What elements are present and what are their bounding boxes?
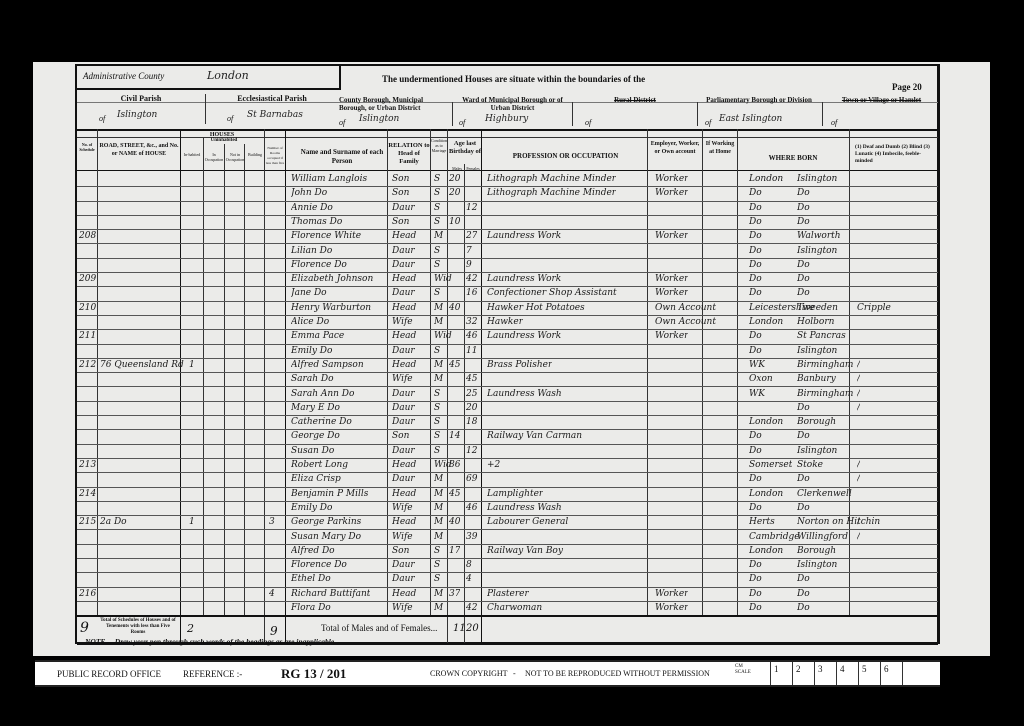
relation-to-head: Daur [392,286,415,300]
table-row: Susan DoDaurS12DoIslington [77,444,938,459]
schedule-number: 216 [79,587,96,601]
scale-mark-1: 1 [770,662,792,685]
table-row: Eliza CrispDaurM69DoDo/ [77,472,938,487]
col-header-working-home: If Working at Home [703,140,737,156]
marital-condition: S [434,429,440,443]
marital-condition: S [434,387,440,401]
table-row: Lilian DoDaurS7DoIslington [77,244,938,259]
birth-county: Cambridge [749,530,800,544]
reference-label: REFERENCE :- [183,669,242,679]
marital-condition: M [434,501,443,515]
table-row: Emily DoWifeM46Laundress WashDoDo [77,501,938,516]
birth-place: Do [797,572,810,586]
occupation: Laundress Work [487,272,561,286]
table-row: Emily DoDaurS11DoIslington [77,344,938,359]
relation-to-head: Daur [392,558,415,572]
occupation: Lithograph Machine Minder [487,186,616,200]
schedule-number: 210 [79,301,96,315]
relation-to-head: Son [392,429,409,443]
birth-place: St Pancras [797,329,846,343]
birth-county: Do [749,444,762,458]
civil-parish-value: Islington [117,110,157,120]
birth-county: Do [749,229,762,243]
birth-place: Clerkenwell [797,487,852,501]
age-female: 39 [466,530,477,544]
relation-to-head: Head [392,329,416,343]
age-female: 12 [466,444,477,458]
rural-district: Rural District of [575,96,695,130]
employment-status: Own Account [655,315,716,329]
ward-value: Highbury [485,114,528,124]
age-male: 17 [449,544,460,558]
marital-condition: M [434,601,443,615]
table-row: 209Elizabeth JohnsonHeadWid42Laundress W… [77,272,938,287]
birth-place: Do [797,429,810,443]
occupation: Hawker [487,315,523,329]
person-name: Flora Do [291,601,331,615]
birth-county: Do [749,472,762,486]
marital-condition: S [434,172,440,186]
county-borough: County Borough, Municipal Borough, or Ur… [339,96,449,130]
person-name: Lilian Do [291,244,332,258]
birth-county: Do [749,244,762,258]
occupation: Plasterer [487,587,529,601]
table-row: Sarah DoWifeM45OxonBanbury/ [77,372,938,387]
person-name: Robert Long [291,458,348,472]
marital-condition: M [434,530,443,544]
birth-county: London [749,315,783,329]
person-name: Alice Do [291,315,329,329]
admin-county-value: London [207,69,249,82]
age-male: 20 [449,172,460,186]
col-header-infirmity: (1) Deaf and Dumb (2) Blind (3) Lunatic … [855,144,933,165]
person-name: Emily Do [291,501,332,515]
birth-place: Stoke [797,458,823,472]
marital-condition: S [434,244,440,258]
relation-to-head: Daur [392,472,415,486]
person-name: Elizabeth Johnson [291,272,373,286]
schedule-number: 208 [79,229,96,243]
person-name: Benjamin P Mills [291,487,368,501]
col-header-employer: Employer, Worker, or Own account [649,140,701,156]
infirmity: / [857,387,860,401]
birth-county: Do [749,572,762,586]
employment-status: Worker [655,229,688,243]
birth-county: Do [749,201,762,215]
birth-county: Do [749,215,762,229]
occupation: Laundress Wash [487,501,562,515]
admin-county-box: Administrative County London [77,66,341,90]
page-number: Page 20 [892,82,922,92]
employment-status: Worker [655,286,688,300]
age-female: 32 [466,315,477,329]
table-row: Alfred DoSonS17Railway Van BoyLondonBoro… [77,544,938,559]
table-row: George DoSonS14Railway Van CarmanDoDo [77,429,938,444]
scale-label: CM SCALE [735,664,757,676]
relation-to-head: Wife [392,530,413,544]
relation-to-head: Daur [392,415,415,429]
table-row: Thomas DoSonS10DoDo [77,215,938,230]
schedule-number: 211 [79,329,96,343]
tenements-count: 3 [269,515,275,529]
person-name: Emily Do [291,344,332,358]
relation-to-head: Head [392,272,416,286]
birth-place: Do [797,258,810,272]
occupation: Labourer General [487,515,568,529]
birth-county: Do [749,286,762,300]
birth-county: Do [749,272,762,286]
col-header-inhabited: In-habited [181,152,203,157]
col-header-building: Building [245,152,265,157]
marital-condition: M [434,301,443,315]
person-name: William Langlois [291,172,367,186]
ecclesiastical-parish: Ecclesiastical Parish of St Barnabas [207,90,337,130]
occupation: Lithograph Machine Minder [487,172,616,186]
person-name: George Do [291,429,340,443]
col-header-in-occupation: In Occupation [204,152,224,162]
col-header-where-born: WHERE BORN [739,154,847,162]
marital-condition: S [434,415,440,429]
marital-condition: S [434,215,440,229]
infirmity: / [857,358,860,372]
person-name: Alfred Sampson [291,358,364,372]
table-row: Catherine DoDaurS18LondonBorough [77,415,938,430]
person-name: Ethel Do [291,572,331,586]
table-row: 21276 Queensland Rd1Alfred SampsonHeadM4… [77,358,938,373]
ward: Ward of Municipal Borough or of Urban Di… [455,96,570,130]
relation-to-head: Daur [392,344,415,358]
birth-county: Herts [749,515,775,529]
person-name: Sarah Do [291,372,334,386]
person-name: Alfred Do [291,544,335,558]
occupation: Laundress Work [487,229,561,243]
employment-status: Worker [655,172,688,186]
age-female: 45 [466,372,477,386]
eccl-parish-value: St Barnabas [247,110,303,120]
age-female: 9 [466,258,472,272]
marital-condition: M [434,315,443,329]
birth-county: Do [749,329,762,343]
birth-place: Islington [797,344,837,358]
occupation: Hawker Hot Potatoes [487,301,585,315]
occupation: +2 [487,458,500,472]
employment-status: Own Account [655,301,716,315]
relation-to-head: Head [392,515,416,529]
birth-place: Willingford [797,530,848,544]
relation-to-head: Wife [392,601,413,615]
census-form: Administrative County London The underme… [75,64,940,644]
age-male: 40 [449,301,460,315]
table-row: 210Henry WarburtonHeadM40Hawker Hot Pota… [77,301,938,316]
county-borough-value: Islington [359,114,399,124]
person-name: Sarah Ann Do [291,387,354,401]
occupation: Laundress Wash [487,387,562,401]
person-name: Eliza Crisp [291,472,341,486]
age-female: 46 [466,329,477,343]
marital-condition: S [434,286,440,300]
infirmity: / [857,515,860,529]
page-title: The undermentioned Houses are situate wi… [382,74,645,84]
person-name: Catherine Do [291,415,352,429]
scale-mark-6: 6 [880,662,902,685]
marital-condition: S [434,401,440,415]
occupation: Charwoman [487,601,542,615]
col-header-not-in-occupation: Not in Occupation [225,152,245,162]
employment-status: Worker [655,186,688,200]
form-note: NOTE.—Draw your pen through such words o… [85,637,336,646]
occupation: Confectioner Shop Assistant [487,286,617,300]
age-male: 45 [449,358,460,372]
age-male: 20 [449,186,460,200]
col-header-condition: Condition as to Marriage [431,138,447,153]
marital-condition: S [434,544,440,558]
relation-to-head: Daur [392,244,415,258]
road-address: 2a Do [100,515,127,529]
schedule-number: 215 [79,515,96,529]
scale-mark-5: 5 [858,662,880,685]
birth-place: Birmingham [797,358,853,372]
table-row: Florence DoDaurS8DoIslington [77,558,938,573]
scale-mark-3: 3 [814,662,836,685]
relation-to-head: Wife [392,372,413,386]
person-name: John Do [291,186,327,200]
table-row: 2152a Do13George ParkinsHeadM40Labourer … [77,515,938,530]
table-row: Susan Mary DoWifeM39CambridgeWillingford… [77,530,938,545]
table-row: Ethel DoDaurS4DoDo [77,572,938,587]
birth-county: WK [749,387,765,401]
person-name: Jane Do [291,286,327,300]
employment-status: Worker [655,329,688,343]
marital-condition: M [434,515,443,529]
marital-condition: S [434,186,440,200]
admin-county-label: Administrative County [83,71,164,81]
birth-county: Oxon [749,372,773,386]
parliamentary-borough: Parliamentary Borough or Division of Eas… [699,96,819,130]
age-female: 12 [466,201,477,215]
birth-place: Islington [797,172,837,186]
birth-place: Islington [797,444,837,458]
marital-condition: S [434,201,440,215]
marital-condition: S [434,444,440,458]
birth-place: Holborn [797,315,834,329]
age-female: 20 [466,401,477,415]
birth-county: Do [749,258,762,272]
table-row: 2164Richard ButtifantHeadM37PlastererWor… [77,587,938,602]
schedule-number: 214 [79,487,96,501]
person-name: Henry Warburton [291,301,371,315]
table-row: 208Florence WhiteHeadM27Laundress WorkWo… [77,229,938,244]
relation-to-head: Daur [392,444,415,458]
relation-to-head: Daur [392,258,415,272]
birth-place: Borough [797,415,836,429]
marital-condition: S [434,558,440,572]
infirmity: / [857,472,860,486]
total-males-females-label: Total of Males and of Females... [321,623,437,633]
age-female: 27 [466,229,477,243]
schedule-number: 209 [79,272,96,286]
relation-to-head: Wife [392,501,413,515]
relation-to-head: Head [392,587,416,601]
relation-to-head: Daur [392,201,415,215]
age-male: 37 [449,587,460,601]
col-header-tenements: Number of Rooms occupied if less than fi… [265,146,285,166]
col-header-relation: RELATION to Head of Family [388,142,430,166]
age-female: 25 [466,387,477,401]
age-female: 42 [466,272,477,286]
age-female: 4 [466,572,472,586]
birth-place: Islington [797,244,837,258]
occupation: Lamplighter [487,487,543,501]
birth-place: Banbury [797,372,836,386]
birth-place: Do [797,501,810,515]
birth-place: Do [797,472,810,486]
employment-status: Worker [655,587,688,601]
col-header-schedule: No. of Schedule [78,142,96,152]
age-female: 69 [466,472,477,486]
birth-county: Do [749,344,762,358]
birth-place: Birmingham [797,387,853,401]
birth-county: London [749,487,783,501]
relation-to-head: Son [392,186,409,200]
birth-place: Do [797,601,810,615]
road-address: 76 Queensland Rd [100,358,184,372]
birth-county: WK [749,358,765,372]
table-row: Jane DoDaurS16Confectioner Shop Assistan… [77,286,938,301]
relation-to-head: Head [392,487,416,501]
person-name: Florence Do [291,258,347,272]
col-header-road: ROAD, STREET, &c., and No. or NAME of HO… [99,142,179,158]
person-name: Emma Pace [291,329,344,343]
marital-condition: M [434,472,443,486]
birth-county: Do [749,186,762,200]
age-male: 86 [449,458,460,472]
birth-place: Norton on Hitchin [797,515,880,529]
record-office: PUBLIC RECORD OFFICE [57,669,161,679]
scale-mark-4: 4 [836,662,858,685]
age-female: 18 [466,415,477,429]
occupation: Railway Van Boy [487,544,563,558]
age-female: 8 [466,558,472,572]
schedule-number: 212 [79,358,96,372]
table-row: Alice DoWifeM32HawkerOwn AccountLondonHo… [77,315,938,330]
col-header-occupation: PROFESSION OR OCCUPATION [483,152,648,160]
permission-notice: NOT TO BE REPRODUCED WITHOUT PERMISSION [525,669,710,678]
person-name: Annie Do [291,201,333,215]
col-header-uninhabited: Uninhabited [204,138,244,143]
relation-to-head: Daur [392,387,415,401]
birth-place: Do [797,587,810,601]
occupation: Railway Van Carman [487,429,582,443]
parl-borough-value: East Islington [719,114,782,124]
birth-county: London [749,544,783,558]
birth-place: Do [797,272,810,286]
relation-to-head: Head [392,229,416,243]
person-name: Florence White [291,229,361,243]
table-row: Mary E DoDaurS20Do/ [77,401,938,416]
marital-condition: M [434,229,443,243]
infirmity: / [857,372,860,386]
relation-to-head: Wife [392,315,413,329]
person-name: Susan Do [291,444,334,458]
relation-to-head: Head [392,458,416,472]
table-row: Sarah Ann DoDaurS25Laundress WashWKBirmi… [77,387,938,402]
table-row: Florence DoDaurS9DoDo [77,258,938,273]
marital-condition: S [434,258,440,272]
birth-county: Do [749,558,762,572]
marital-condition: Wid [434,272,452,286]
reference-number: RG 13 / 201 [281,666,346,682]
employment-status: Worker [655,601,688,615]
age-female: 16 [466,286,477,300]
relation-to-head: Son [392,172,409,186]
crown-copyright: CROWN COPYRIGHT [430,669,508,678]
birth-county: London [749,172,783,186]
total-tenements: 9 [270,624,278,638]
birth-place: Do [797,401,810,415]
relation-to-head: Daur [392,572,415,586]
birth-county: Somerset [749,458,792,472]
marital-condition: S [434,344,440,358]
occupation: Laundress Work [487,329,561,343]
relation-to-head: Daur [392,401,415,415]
col-header-name: Name and Surname of each Person [297,148,387,166]
employment-status: Worker [655,272,688,286]
person-name: Mary E Do [291,401,340,415]
age-female: 42 [466,601,477,615]
marital-condition: M [434,587,443,601]
person-name: George Parkins [291,515,361,529]
table-row: Annie DoDaurS12DoDo [77,201,938,216]
infirmity: / [857,458,860,472]
total-inhabited: 2 [187,622,194,635]
marital-condition: S [434,572,440,586]
age-male: 10 [449,215,460,229]
marital-condition: M [434,358,443,372]
tenements-count: 4 [269,587,275,601]
infirmity: / [857,530,860,544]
birth-place: Do [797,186,810,200]
schedule-number: 213 [79,458,96,472]
marital-condition: M [434,372,443,386]
table-row: 213Robert LongHeadWid86+2SomersetStoke/ [77,458,938,473]
birth-place: Islington [797,558,837,572]
birth-county: Do [749,501,762,515]
inhabited-count: 1 [189,515,195,529]
age-male: 14 [449,429,460,443]
birth-county: London [749,415,783,429]
birth-place: Tweeden [797,301,838,315]
reference-footer: PUBLIC RECORD OFFICE REFERENCE :- RG 13 … [35,660,940,687]
age-female: 11 [466,344,477,358]
relation-to-head: Head [392,301,416,315]
total-females: 20 [466,623,479,634]
person-name: Thomas Do [291,215,342,229]
relation-to-head: Son [392,544,409,558]
marital-condition: M [434,487,443,501]
total-schedules: 9 [80,620,89,636]
person-name: Susan Mary Do [291,530,361,544]
table-row: Flora DoWifeM42CharwomanWorkerDoDo [77,601,938,616]
scale-mark-2: 2 [792,662,814,685]
table-row: John DoSonS20Lithograph Machine MinderWo… [77,186,938,201]
inhabited-count: 1 [189,358,195,372]
age-male: 45 [449,487,460,501]
birth-county: Do [749,429,762,443]
table-row: 214Benjamin P MillsHeadM45LamplighterLon… [77,487,938,502]
table-row: William LangloisSonS20Lithograph Machine… [77,172,938,187]
town-village: Town or Village or Hamlet of [825,96,938,130]
infirmity: / [857,401,860,415]
